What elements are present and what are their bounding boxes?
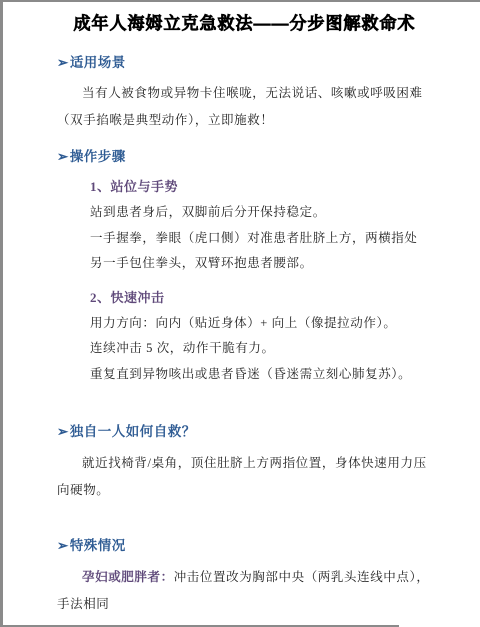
arrow-bullet-icon: ➢	[57, 424, 69, 439]
section-heading-self-rescue: ➢独自一人如何自救？	[57, 423, 432, 441]
section-self-rescue: ➢独自一人如何自救？ 就近找椅背/桌角，顶住肚脐上方两指位置，身体快速用力压向硬…	[57, 423, 432, 504]
document-content: 成年人海姆立克急救法——分步图解救命术 ➢适用场景 当有人被食物或异物卡住喉咙，…	[0, 0, 480, 627]
arrow-bullet-icon: ➢	[57, 538, 69, 553]
step-line: 重复直到异物咳出或患者昏迷（昏迷需立刻心肺复苏）。	[90, 362, 432, 388]
section-heading-text: 特殊情况	[70, 538, 126, 553]
section-heading-steps: ➢操作步骤	[57, 148, 432, 166]
section-heading-scenario: ➢适用场景	[57, 54, 432, 72]
section-heading-special-cases: ➢特殊情况	[57, 537, 432, 555]
step-line: 站到患者身后，双脚前后分开保持稳定。	[90, 200, 432, 226]
step-label: 2、快速冲击	[90, 285, 432, 311]
special-cases-paragraph: 孕妇或肥胖者：冲击位置改为胸部中央（两乳头连线中点），手法相同	[57, 564, 432, 618]
section-scenario: ➢适用场景 当有人被食物或异物卡住喉咙，无法说话、咳嗽或呼吸困难（双手掐喉是典型…	[57, 54, 432, 134]
section-steps: ➢操作步骤 1、站位与手势 站到患者身后，双脚前后分开保持稳定。 一手握拳，拳眼…	[57, 148, 432, 387]
section-heading-text: 适用场景	[70, 55, 126, 70]
special-case-lead: 孕妇或肥胖者：	[82, 570, 174, 584]
section-heading-text: 独自一人如何自救？	[70, 424, 196, 439]
arrow-bullet-icon: ➢	[57, 55, 69, 70]
step-line: 用力方向：向内（贴近身体）+ 向上（像提拉动作）。	[90, 311, 432, 337]
step-group-2: 2、快速冲击 用力方向：向内（贴近身体）+ 向上（像提拉动作）。 连续冲击 5 …	[57, 285, 432, 388]
scenario-paragraph: 当有人被食物或异物卡住喉咙，无法说话、咳嗽或呼吸困难（双手掐喉是典型动作），立即…	[57, 80, 432, 134]
section-heading-text: 操作步骤	[70, 149, 126, 164]
step-line: 一手握拳，拳眼（虎口侧）对准患者肚脐上方，两横指处	[90, 226, 432, 252]
document-page: 成年人海姆立克急救法——分步图解救命术 ➢适用场景 当有人被食物或异物卡住喉咙，…	[0, 0, 480, 627]
arrow-bullet-icon: ➢	[57, 149, 69, 164]
step-line: 另一手包住拳头，双臂环抱患者腰部。	[90, 251, 432, 277]
self-rescue-paragraph: 就近找椅背/桌角，顶住肚脐上方两指位置，身体快速用力压向硬物。	[57, 450, 432, 504]
section-special-cases: ➢特殊情况 孕妇或肥胖者：冲击位置改为胸部中央（两乳头连线中点），手法相同	[57, 537, 432, 618]
step-label: 1、站位与手势	[90, 174, 432, 200]
step-group-1: 1、站位与手势 站到患者身后，双脚前后分开保持稳定。 一手握拳，拳眼（虎口侧）对…	[57, 174, 432, 277]
step-line: 连续冲击 5 次，动作干脆有力。	[90, 336, 432, 362]
document-title: 成年人海姆立克急救法——分步图解救命术	[57, 12, 432, 35]
